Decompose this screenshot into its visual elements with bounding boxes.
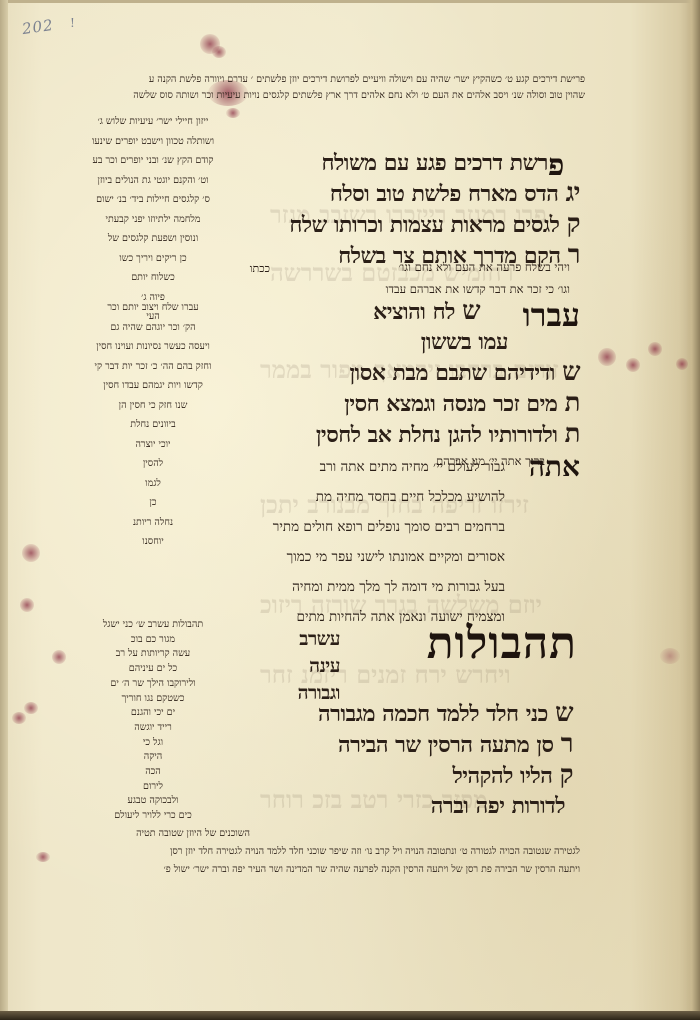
commentary-line: השוכנים של היוזן שטובה תטיה — [80, 825, 580, 843]
poem-line-text: לדורות יפה וברה — [431, 793, 565, 819]
commentary-line: ולירוקבו הילך שר ה׳ ים — [68, 677, 238, 692]
commentary-line: כים כרי ללויר ליעולם — [68, 809, 238, 824]
poem-word: עשרב — [250, 626, 340, 653]
poem-line-text: סן מתעה הרסין שר הבירה — [338, 732, 554, 758]
poem-line: ת ולדורותיו להגן נחלת אב לחסין — [250, 419, 580, 450]
commentary-line: קודם הקץ שנ׳ ובני יופרים וכר בע — [68, 151, 238, 171]
stain — [648, 342, 662, 356]
commentary-line: ויתעה הרסין שר הבירה פת רסן של ויתעה הרס… — [80, 861, 580, 879]
commentary-line: לירום — [68, 780, 238, 795]
page-bottom-edge — [0, 1011, 700, 1020]
commentary-line: כן ריקים ויריך כשו — [68, 249, 238, 269]
prayer-line: בעל גבורות מי דומה לך מלך ממית ומחיה — [260, 572, 505, 602]
main-section-3: גבור לעולם יי׳ מחיה מתים אתה ורב להושיע … — [260, 452, 505, 632]
poem-line-text: ולדורותיו להגן נחלת אב לחסין — [316, 422, 558, 448]
stain — [626, 358, 640, 372]
commentary-line: עברו שלח ויצוב יותם וכר — [68, 298, 238, 318]
poem-line: ש כני חלד ללמד חכמה מגבורה — [258, 698, 573, 729]
commentary-line: מלחמה ילתיוזו יפני קבעתי — [68, 210, 238, 230]
acrostic-letter: ש — [462, 296, 480, 326]
commentary-line: כשלוח יותם — [68, 268, 238, 288]
commentary-line: כשטקם נגו חוריך — [68, 692, 238, 707]
poem-line: ש ודידיהם שתבם מבת אסון — [250, 357, 580, 388]
prayer-line: ברחמים רבים סומך נופלים רופא חולים מתיר — [260, 512, 505, 542]
acrostic-letter: ש — [555, 698, 573, 728]
poem-line: ש לח והוציא — [250, 296, 580, 327]
top-commentary: פרישת דירכים קגע ט׳ כשהקיץ ישר׳ שהיה עם … — [80, 72, 585, 104]
commentary-line: פרישת דירכים קגע ט׳ כשהקיץ ישר׳ שהיה עם … — [80, 72, 585, 88]
poem-line-text: עמו בששון — [421, 329, 508, 355]
verse-line: ויהי בשלח פרעה את העם ולא נחם וגו׳ — [270, 256, 570, 278]
acrostic-letter: יג — [566, 178, 580, 208]
poem-line: ק הליו להקהיל — [258, 760, 573, 791]
commentary-line: ס׳ קלגסים חיילות ביד׳ בנ׳ ישום — [68, 190, 238, 210]
stain — [24, 702, 38, 714]
acrostic-letter: ש — [562, 357, 580, 387]
folio-mark: ! — [70, 16, 75, 30]
poem-line: ר סן מתעה הרסין שר הבירה — [258, 729, 573, 760]
acrostic-letter: ק — [567, 209, 580, 239]
commentary-line: יוכי יוצרה — [68, 435, 238, 455]
poem-line: לדורות יפה וברה — [258, 791, 573, 821]
section-heading-large: תהבולות — [345, 618, 577, 669]
poem-line-text: הליו להקהיל — [342, 763, 552, 789]
commentary-line: היקה — [68, 750, 238, 765]
main-section-2: ש לח והוציא עמו בששון ש ודידיהם שתבם מבת… — [250, 296, 580, 472]
stain — [52, 650, 66, 664]
commentary-line: ולבכוקה טבגע — [68, 794, 238, 809]
main-section-1: רשת דרכים פגע עם משולח — [258, 148, 548, 178]
poem-line-text: לגסים מראות עצמות וכרותו שלח — [289, 212, 559, 238]
commentary-line: וחזק בהם הה׳ כ׳ זכר יות דבר קי — [68, 357, 238, 377]
commentary-line: וגל כי — [68, 736, 238, 751]
stain — [212, 46, 226, 58]
manuscript-page: 202 ! פרו רמגזב רייזכרו רשזבב מגזר רחזמי… — [0, 0, 700, 1020]
stain — [12, 712, 26, 724]
commentary-line: נחלה ריותנ — [68, 513, 238, 533]
prayer-line: להושיע מכלכל חיים בחסד מחיה מת — [260, 482, 505, 512]
page-right-edge — [686, 0, 700, 1020]
poem-line-text: רשת דרכים פגע עם משולח — [322, 150, 549, 176]
commentary-line: להסין — [68, 454, 238, 474]
commentary-line: ביוונים נחלת — [68, 415, 238, 435]
stain — [36, 852, 50, 862]
folio-number: 202 — [21, 16, 55, 38]
commentary-line: עשה קריותות על רב — [68, 647, 238, 662]
acrostic-letter: ת — [565, 419, 580, 449]
acrostic-letter: ק — [560, 760, 573, 790]
poem-line: ק לגסים מראות עצמות וכרותו שלח — [250, 209, 580, 240]
commentary-line: ושותלה טכוון וישבט יופרים שינעו — [68, 132, 238, 152]
page-left-edge — [0, 0, 8, 1020]
commentary-line: הכה — [68, 765, 238, 780]
bottom-commentary: השוכנים של היוזן שטובה תטיה לגטירה שנטוב… — [80, 825, 580, 879]
poem-line: רשת דרכים פגע עם משולח — [258, 148, 548, 178]
commentary-line: כן — [68, 493, 238, 513]
prayer-line: אסורים ומקיים אמונתו לישני עפר מי כמוך — [260, 542, 505, 572]
verse-quotes: ויהי בשלח פרעה את העם ולא נחם וגו׳ וגו׳ … — [270, 256, 570, 300]
commentary-line: הק׳ וכר יוגהם שהיה גם — [68, 318, 238, 338]
section-heading: אתה — [500, 450, 580, 484]
verse-label: ככתו — [240, 262, 270, 275]
commentary-line: לגטירה שנטובה הכויה לגטורה ט׳ ונתטובה הנ… — [80, 843, 580, 861]
commentary-line: לגמו — [68, 474, 238, 494]
poem-line: עמו בששון — [250, 327, 580, 357]
poem-line: יג הדס מארח פלשת טוב וסלח — [250, 178, 580, 209]
poem-line-text: הדס מארח פלשת טוב וסלח — [330, 181, 559, 207]
side-commentary-middle: עברו שלח ויצוב יותם וכר הק׳ וכר יוגהם שה… — [68, 298, 238, 552]
poem-line-text: כני חלד ללמד חכמה מגבורה — [318, 701, 548, 727]
stain — [20, 598, 34, 612]
commentary-line: כל ים עיניהם — [68, 662, 238, 677]
poem-line: ת מים זכר מנסה וגמצא חסין — [250, 388, 580, 419]
stain — [598, 348, 616, 366]
commentary-line: מגור כם בוכ — [68, 633, 238, 648]
stain — [660, 648, 680, 664]
commentary-line: יוחסנו — [68, 532, 238, 552]
side-commentary-upper: ייזון חיילי ישר׳ עיעיות שלוש ג׳ ושותלה ט… — [68, 112, 238, 327]
commentary-line: שהוין טוב וסולה שנ׳ ויסב אלהים את העם ט׳… — [80, 88, 585, 104]
commentary-line: וט׳ והקנם יוגטי גת הנולים ביוזן — [68, 171, 238, 191]
prayer-line: גבור לעולם יי׳ מחיה מתים אתה ורב — [260, 452, 505, 482]
poem-line-text: לח והוציא — [373, 299, 455, 325]
stain — [676, 358, 688, 370]
commentary-line: ויעסה כעשר נסיונות ועוינו חסין — [68, 337, 238, 357]
commentary-line: קדשו ויות יגמהם עבדו חסין — [68, 376, 238, 396]
poem-line-text: ודידיהם שתבם מבת אסון — [349, 360, 554, 386]
page-top-edge — [0, 0, 700, 3]
main-section-4: ש כני חלד ללמד חכמה מגבורה ר סן מתעה הרס… — [258, 698, 573, 821]
commentary-line: שנו חזק כי חסין הן — [68, 396, 238, 416]
side-commentary-lower: תהבולות עשרב ש׳ כני ישגל מגור כם בוכ עשה… — [68, 618, 238, 824]
stain — [22, 544, 40, 562]
commentary-line: תהבולות עשרב ש׳ כני ישגל — [68, 618, 238, 633]
commentary-line: ונוסין ושפעת קלגסים של — [68, 229, 238, 249]
main-section-4-side-words: עשרב עינה וגבורה — [250, 626, 340, 707]
acrostic-letter: ר — [561, 729, 573, 759]
poem-line-text: מים זכר מנסה וגמצא חסין — [344, 391, 557, 417]
poem-word: עינה — [250, 653, 340, 680]
acrostic-letter: ת — [565, 388, 580, 418]
commentary-line: ייזון חיילי ישר׳ עיעיות שלוש ג׳ — [68, 112, 238, 132]
commentary-line: ים יכי והגנם — [68, 706, 238, 721]
commentary-line: רייד יוגשה — [68, 721, 238, 736]
